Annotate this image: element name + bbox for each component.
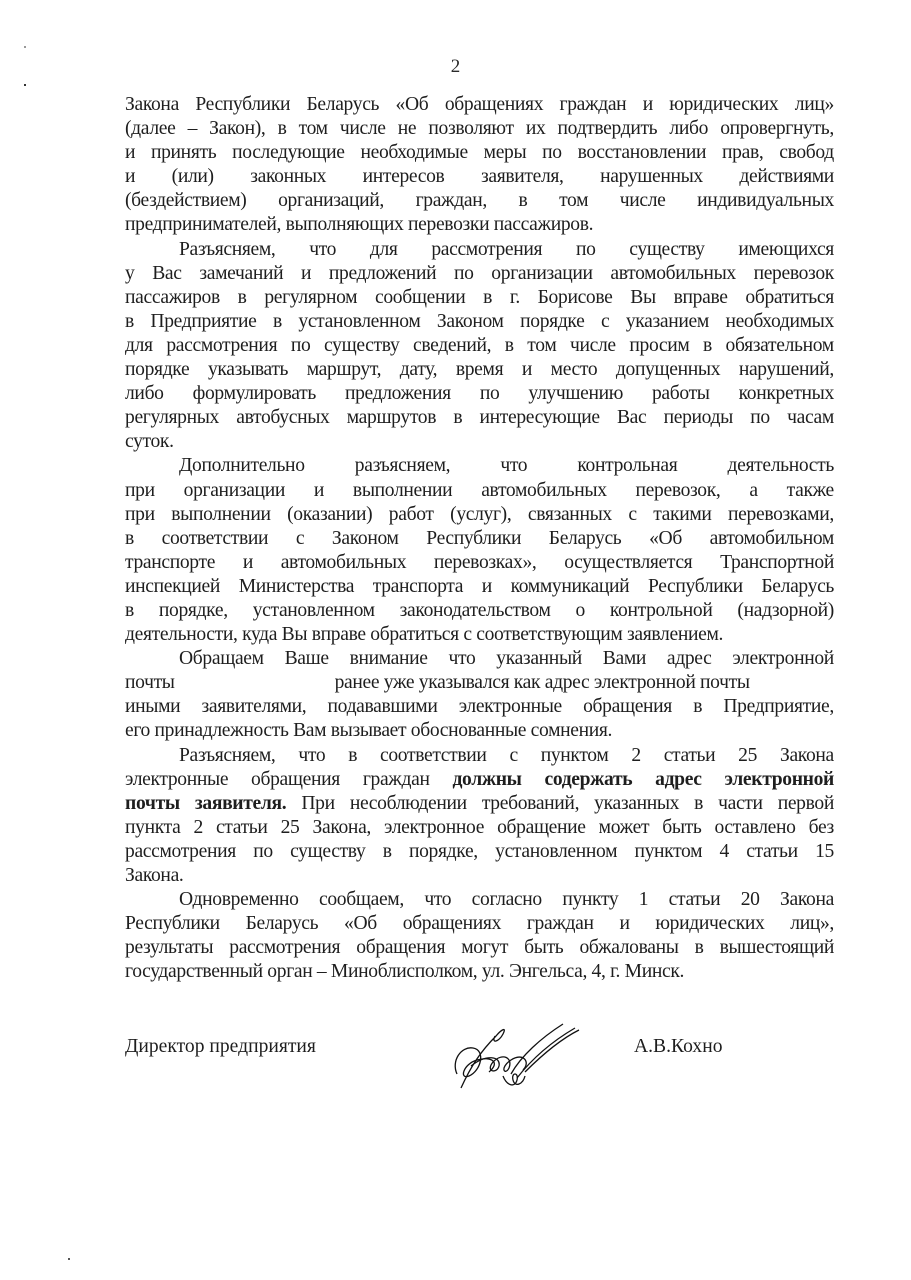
word: меры <box>484 141 527 165</box>
word: обращение <box>497 816 586 840</box>
word: автомобильных <box>610 262 735 286</box>
word: числе <box>620 189 666 213</box>
paragraph: Разъясняем,чтовсоответствииспунктом2стат… <box>125 744 834 889</box>
signatory-name: А.В.Кохно <box>634 1036 723 1058</box>
word: и <box>482 575 492 599</box>
word: могут <box>461 936 508 960</box>
word: в <box>348 744 357 768</box>
text-line-redacted-email: почтыранее уже указывался как адрес элек… <box>125 671 834 695</box>
word: восстановлении <box>578 141 707 165</box>
word: том <box>527 334 556 358</box>
word: их <box>526 117 546 141</box>
word: в <box>505 334 514 358</box>
word: адрес <box>655 768 702 792</box>
word: лиц», <box>790 912 834 936</box>
word: установленном <box>298 310 420 334</box>
word: – <box>188 117 197 141</box>
word: 20 <box>741 888 760 912</box>
word: числе <box>570 334 616 358</box>
text-line: результатырассмотренияобращениямогутбыть… <box>125 936 834 960</box>
word: в <box>695 936 704 960</box>
word: сообщении <box>375 286 465 310</box>
text-line: инымизаявителями,подававшимиэлектронныео… <box>125 695 834 719</box>
word: существу <box>290 840 365 864</box>
word: 1 <box>639 888 648 912</box>
word: существу <box>629 238 704 262</box>
word: заявителями, <box>202 695 307 719</box>
word: почты <box>125 672 175 693</box>
text-line: транспортеиавтомобильныхперевозках»,осущ… <box>125 551 834 575</box>
word: указывать <box>208 358 288 382</box>
word: что <box>424 888 451 912</box>
word: не <box>398 117 416 141</box>
word: указанием <box>626 310 709 334</box>
word: и <box>125 141 135 165</box>
word: обращениях <box>403 912 501 936</box>
word: с <box>509 744 517 768</box>
word: Ваше <box>285 647 329 671</box>
word: (услуг), <box>450 503 511 527</box>
word: пунктом <box>541 744 609 768</box>
word: автобусных <box>236 406 329 430</box>
word: по <box>480 382 500 406</box>
word: а <box>749 479 757 503</box>
word: существу <box>324 334 399 358</box>
letter-body: ЗаконаРеспубликиБеларусь«Обобращенияхгра… <box>125 93 834 984</box>
word: в <box>125 527 134 551</box>
word: Вами <box>603 647 646 671</box>
word: выполнении <box>353 479 452 503</box>
word: соответствии <box>380 744 487 768</box>
text-line: Разъясняем,чтодлярассмотренияпосуществуи… <box>125 238 834 262</box>
word: граждан, <box>416 189 487 213</box>
word: обращениях <box>445 93 543 117</box>
word: при <box>125 479 155 503</box>
word: Законом <box>437 310 504 334</box>
word: имеющихся <box>738 238 834 262</box>
word: по <box>454 262 474 286</box>
word: быть <box>662 816 701 840</box>
word: «Об <box>344 912 377 936</box>
word: сведений, <box>413 334 491 358</box>
text-line: почтызаявителя.Принесоблюдениитребований… <box>125 792 834 816</box>
text-line: Дополнительноразъясняем,чтоконтрольнаяде… <box>125 454 834 478</box>
word: и <box>314 479 324 503</box>
word: по <box>542 141 562 165</box>
word: (или) <box>172 165 214 189</box>
signatory-title: Директор предприятия <box>125 1036 316 1058</box>
word: Закона <box>125 93 179 117</box>
word: обратиться <box>745 286 834 310</box>
word: у <box>125 262 134 286</box>
word: деятельность <box>728 454 834 478</box>
word: свобод <box>779 141 834 165</box>
word: такими <box>653 503 711 527</box>
word: соответствии <box>162 527 269 551</box>
word: в <box>383 840 392 864</box>
word: рассмотрения <box>166 334 277 358</box>
text-line: ЗаконаРеспубликиБеларусь«Обобращенияхгра… <box>125 93 834 117</box>
text-line: (далее–Закон),втомчисленепозволяютихподт… <box>125 117 834 141</box>
word: и <box>643 93 653 117</box>
word: транспорте <box>125 551 215 575</box>
word: последующие <box>232 141 345 165</box>
word: согласно <box>472 888 542 912</box>
word: 2 <box>631 744 640 768</box>
word: прав, <box>722 141 763 165</box>
word: Вас <box>617 406 646 430</box>
word: обязательном <box>726 334 834 358</box>
word: перевозками, <box>728 503 834 527</box>
word: оставлено <box>714 816 795 840</box>
text-line: ОбращаемВашевниманиечтоуказанныйВамиадре… <box>125 647 834 671</box>
word: юридических <box>669 93 778 117</box>
word: в <box>693 695 702 719</box>
word: статьи <box>664 744 716 768</box>
word: перевозок <box>754 262 834 286</box>
word: При <box>301 792 334 816</box>
word: Разъясняем, <box>179 238 275 262</box>
word: с <box>296 527 304 551</box>
word: инспекцией <box>125 575 220 599</box>
word: обращения <box>356 936 445 960</box>
text-line: инспекциейМинистерстватранспортаикоммуни… <box>125 575 834 599</box>
word: конкретных <box>739 382 834 406</box>
word: предложения <box>345 382 451 406</box>
word: с <box>628 503 636 527</box>
word: электронные <box>125 768 228 792</box>
word: в <box>273 310 282 334</box>
word: несоблюдении <box>350 792 467 816</box>
word: быть <box>524 936 563 960</box>
word: выполнении <box>171 503 270 527</box>
word: организации <box>491 262 592 286</box>
word: что <box>500 454 527 478</box>
word: 25 <box>281 816 300 840</box>
word: внимание <box>350 647 428 671</box>
word: «Об <box>396 93 429 117</box>
word: вправе <box>674 286 728 310</box>
word: Республики <box>125 912 220 936</box>
word: осуществляется <box>564 551 692 575</box>
word: при <box>125 503 155 527</box>
text-line: ипринятьпоследующиенеобходимыемерыповосс… <box>125 141 834 165</box>
text-line: длярассмотренияпосуществусведений,втомчи… <box>125 334 834 358</box>
text-line: его принадлежность Вам вызывает обоснова… <box>125 719 834 743</box>
word: содержать <box>544 768 632 792</box>
word: г. <box>510 286 520 310</box>
text-line: пункта2статьи25Закона,электронноеобращен… <box>125 816 834 840</box>
word: должны <box>452 768 521 792</box>
word: рассмотрения <box>125 840 236 864</box>
word: и <box>301 262 311 286</box>
word: части <box>718 792 763 816</box>
word: предложений <box>329 262 436 286</box>
word: (надзорной) <box>737 599 834 623</box>
word: первой <box>778 792 834 816</box>
word: либо <box>669 117 708 141</box>
word: числе <box>340 117 386 141</box>
paragraph: Разъясняем,чтодлярассмотренияпосуществуи… <box>125 238 834 455</box>
word: почты <box>125 792 180 816</box>
word: дату, <box>400 358 437 382</box>
word: для <box>370 238 398 262</box>
word: маршрутов <box>347 406 436 430</box>
word: регулярных <box>125 406 219 430</box>
word: интересов <box>363 165 445 189</box>
word: организации <box>184 479 285 503</box>
word: Закон), <box>209 117 265 141</box>
word: часам <box>787 406 834 430</box>
word: указанных <box>594 792 679 816</box>
text-line: либоформулироватьпредложенияпоулучшениюр… <box>125 382 834 406</box>
word: Республики <box>426 527 521 551</box>
word: законодательством <box>400 599 551 623</box>
word: порядке, <box>409 840 478 864</box>
word: (далее <box>125 117 175 141</box>
scan-artifact <box>24 46 26 48</box>
word: индивидуальных <box>697 189 834 213</box>
word: связанных <box>528 503 612 527</box>
document-page: 2 ЗаконаРеспубликиБеларусь«Обобращенияхг… <box>0 0 911 1280</box>
word: порядке, <box>159 599 228 623</box>
handwritten-signature-icon <box>441 1016 591 1096</box>
word: юридических <box>655 912 764 936</box>
word: требований, <box>482 792 579 816</box>
word: пунктом <box>634 840 702 864</box>
word: Закона <box>780 888 834 912</box>
word: ранее уже указывался как адрес электронн… <box>335 672 750 693</box>
word: статьи <box>216 816 268 840</box>
word: работ <box>389 503 434 527</box>
text-line: привыполнении(оказании)работ(услуг),связ… <box>125 503 834 527</box>
word: Предприятие <box>150 310 256 334</box>
word: и <box>125 165 135 189</box>
paragraph: Одновременносообщаем,чтосогласнопункту1с… <box>125 888 834 984</box>
word: что <box>298 744 325 768</box>
word: рассмотрения <box>431 238 542 262</box>
word: Республики <box>648 575 743 599</box>
word: разъясняем, <box>355 454 450 478</box>
word: (бездействием) <box>125 189 246 213</box>
word: лиц» <box>795 93 834 117</box>
word: также <box>787 479 834 503</box>
word: адрес <box>667 647 712 671</box>
word: что <box>449 647 476 671</box>
word: установленном <box>495 840 617 864</box>
word: пункту <box>562 888 618 912</box>
text-line: предпринимателей, выполняющих перевозки … <box>125 213 834 237</box>
word: опровергнуть, <box>720 117 834 141</box>
word: без <box>809 816 834 840</box>
word: по <box>291 334 311 358</box>
word: иными <box>125 695 180 719</box>
text-line: уВасзамечанийипредложенийпоорганизацииав… <box>125 262 834 286</box>
word: Обращаем <box>179 647 264 671</box>
text-line: рассмотренияпосуществувпорядке,установле… <box>125 840 834 864</box>
word: необходимых <box>725 310 833 334</box>
word: время <box>456 358 503 382</box>
word: граждан <box>527 912 594 936</box>
word: контрольной <box>610 599 713 623</box>
word: порядке <box>125 358 189 382</box>
word: обращения <box>251 768 340 792</box>
word: необходимые <box>360 141 467 165</box>
word: перевозок, <box>636 479 721 503</box>
text-line: Одновременносообщаем,чтосогласнопункту1с… <box>125 888 834 912</box>
word: позволяют <box>428 117 513 141</box>
text-line: порядкеуказыватьмаршрут,дату,времяиместо… <box>125 358 834 382</box>
word: электронное <box>384 816 484 840</box>
word: улучшению <box>528 382 623 406</box>
word: допущенных <box>616 358 720 382</box>
word: Транспортной <box>720 551 834 575</box>
text-line: Разъясняем,чтовсоответствииспунктом2стат… <box>125 744 834 768</box>
word: автомобильных <box>281 551 406 575</box>
page-number: 2 <box>0 56 911 78</box>
word: либо <box>125 382 164 406</box>
text-line: государственный орган – Миноблисполком, … <box>125 960 834 984</box>
word: коммуникаций <box>511 575 630 599</box>
word: статьи <box>746 840 798 864</box>
text-line: деятельности, куда Вы вправе обратиться … <box>125 623 834 647</box>
text-line: вПредприятиевустановленномЗакономпорядке… <box>125 310 834 334</box>
word: работы <box>652 382 710 406</box>
word: в <box>125 310 134 334</box>
word: в <box>703 334 712 358</box>
scan-artifact <box>68 1258 70 1260</box>
word: Законом <box>332 527 399 551</box>
word: в <box>519 189 528 213</box>
word: по <box>750 406 770 430</box>
word: нарушений, <box>739 358 834 382</box>
word: в <box>125 599 134 623</box>
text-line: Закона. <box>125 864 834 888</box>
word: транспорта <box>373 575 463 599</box>
word: Беларусь <box>761 575 834 599</box>
word: и <box>522 358 532 382</box>
word: контрольная <box>577 454 677 478</box>
word: автомобильном <box>710 527 834 551</box>
word: том <box>299 117 328 141</box>
text-line: РеспубликиБеларусь«Обобращенияхгражданию… <box>125 912 834 936</box>
word: может <box>599 816 650 840</box>
word: в <box>238 286 247 310</box>
word: заявителя, <box>481 165 564 189</box>
word: нарушенных <box>600 165 703 189</box>
text-line: регулярныхавтобусныхмаршрутоввинтересующ… <box>125 406 834 430</box>
word: Вы <box>630 286 656 310</box>
word: законных <box>250 165 326 189</box>
word: подававшими <box>328 695 438 719</box>
word: обжалованы <box>579 936 678 960</box>
text-line: суток. <box>125 430 834 454</box>
word: 15 <box>815 840 834 864</box>
text-line: электронныеобращенияграждандолжнысодержа… <box>125 768 834 792</box>
word: 25 <box>738 744 757 768</box>
word: «Об <box>649 527 682 551</box>
text-line: пассажировврегулярномсообщениивг.Борисов… <box>125 286 834 310</box>
word: принять <box>151 141 216 165</box>
word: Закона <box>780 744 834 768</box>
word: с <box>601 310 609 334</box>
word: интересующие <box>480 406 600 430</box>
word: регулярном <box>264 286 357 310</box>
word: и <box>619 912 629 936</box>
word: действиями <box>739 165 834 189</box>
word: просим <box>629 334 689 358</box>
word: Предприятие, <box>723 695 834 719</box>
word: для <box>125 334 153 358</box>
word: Борисове <box>538 286 613 310</box>
word: заявителя. <box>195 792 286 816</box>
word: Разъясняем, <box>179 744 275 768</box>
word: установленном <box>253 599 375 623</box>
paragraph: ОбращаемВашевниманиечтоуказанныйВамиадре… <box>125 647 834 743</box>
word: периоды <box>664 406 733 430</box>
word: Беларусь <box>246 912 319 936</box>
word: Закона, <box>313 816 371 840</box>
word: в <box>483 286 492 310</box>
word: обращения <box>583 695 672 719</box>
word: замечаний <box>199 262 283 286</box>
paragraph: ЗаконаРеспубликиБеларусь«Обобращенияхгра… <box>125 93 834 238</box>
word: место <box>551 358 598 382</box>
text-line: всоответствиисЗакономРеспубликиБеларусь«… <box>125 527 834 551</box>
word: пассажиров <box>125 286 220 310</box>
word: граждан <box>363 768 430 792</box>
word: сообщаем, <box>319 888 404 912</box>
word: Беларусь <box>549 527 622 551</box>
paragraph: Дополнительноразъясняем,чтоконтрольнаяде… <box>125 454 834 647</box>
word: 4 <box>719 840 728 864</box>
word: по <box>576 238 596 262</box>
word: порядке <box>520 310 584 334</box>
word: пункта <box>125 816 180 840</box>
word: 2 <box>193 816 202 840</box>
word: Дополнительно <box>179 454 305 478</box>
word: Республики <box>195 93 290 117</box>
word: автомобильных <box>481 479 606 503</box>
word: организаций, <box>278 189 384 213</box>
text-line: впорядке,установленномзаконодательствомо… <box>125 599 834 623</box>
text-line: (бездействием)организаций,граждан,втомчи… <box>125 189 834 213</box>
scan-artifact <box>24 84 26 86</box>
word: по <box>253 840 273 864</box>
word: граждан <box>560 93 627 117</box>
word: в <box>453 406 462 430</box>
word: формулировать <box>193 382 316 406</box>
word: подтвердить <box>558 117 658 141</box>
text-line: и(или)законныхинтересовзаявителя,нарушен… <box>125 165 834 189</box>
word: и <box>243 551 253 575</box>
word: Вас <box>152 262 181 286</box>
word: перевозках», <box>434 551 537 575</box>
word: результаты <box>125 936 213 960</box>
word: электронные <box>459 695 562 719</box>
word: статьи <box>669 888 721 912</box>
word: (оказании) <box>287 503 372 527</box>
word: маршрут, <box>307 358 381 382</box>
word: Беларусь <box>307 93 380 117</box>
word: Одновременно <box>179 888 299 912</box>
text-line: приорганизацииивыполненииавтомобильныхпе… <box>125 479 834 503</box>
word: электронной <box>725 768 834 792</box>
word: о <box>575 599 584 623</box>
word: вышестоящий <box>720 936 834 960</box>
word: электронной <box>732 647 834 671</box>
signature-block: Директор предприятия А.В.Кохно <box>125 1036 834 1096</box>
